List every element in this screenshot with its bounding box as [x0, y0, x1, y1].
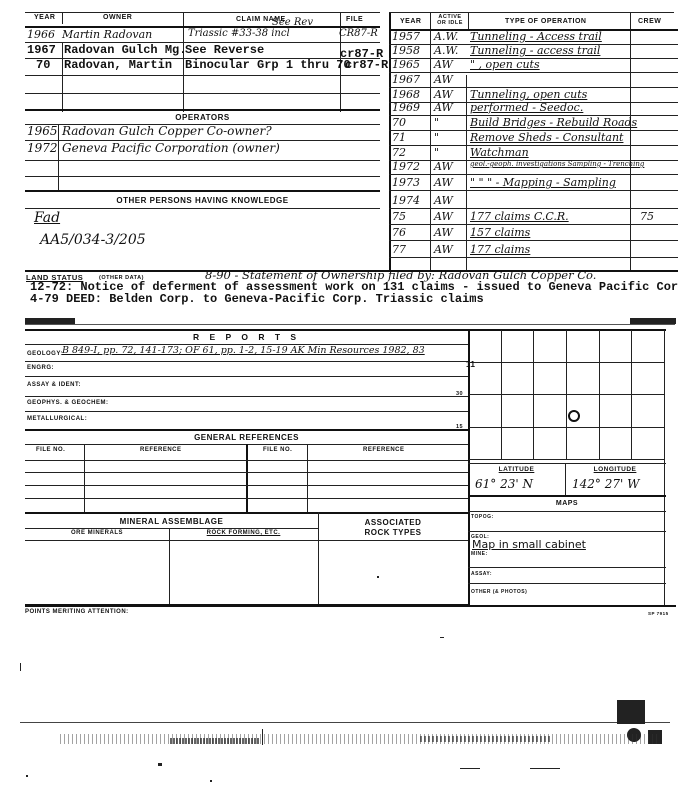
divider: [62, 12, 63, 24]
operation-row-status: ": [434, 131, 439, 144]
ref-header-reference: REFERENCE: [363, 447, 405, 453]
operation-row-year: 1965: [392, 58, 420, 71]
operator-row-year: 1965: [27, 124, 58, 138]
location-point-marker: [568, 410, 580, 422]
divider: [25, 190, 380, 192]
rock-forming-header: ROCK FORMING, ETC.: [169, 530, 318, 536]
divider: [25, 75, 380, 76]
divider: [389, 72, 678, 73]
grid-cell: [632, 395, 665, 428]
divider: [246, 444, 248, 514]
divider: [25, 93, 380, 94]
ref-header-file-no: FILE NO.: [263, 447, 292, 453]
grid-cell: [469, 428, 502, 461]
grid-cell: [632, 330, 665, 363]
owner-row-claim: Binocular Grp 1 thru 70: [185, 58, 351, 72]
report-label-assay: ASSAY & IDENT:: [27, 382, 81, 388]
operator-row-year: 1972: [27, 141, 58, 155]
ore-minerals-header: ORE MINERALS: [25, 530, 169, 536]
header-year: YEAR: [34, 14, 55, 21]
scan-artifact: [210, 780, 212, 782]
divider: [58, 124, 59, 191]
operation-row-status: AW: [434, 243, 453, 256]
divider: [25, 176, 380, 177]
grid-cell: [534, 395, 567, 428]
operation-row-type: Tunneling - access trail: [470, 44, 600, 57]
divider: [84, 444, 85, 514]
operation-row-type: 157 claims: [470, 226, 530, 239]
grid-mark-label: 11: [466, 360, 475, 369]
divider: [25, 429, 468, 431]
scan-artifact: [440, 637, 444, 638]
longitude-value: 142° 27' W: [572, 477, 639, 491]
grid-cell: [567, 428, 600, 461]
scan-artifact: [20, 663, 21, 671]
divider: [25, 160, 380, 161]
other-person-entry: AA5/034-3/205: [40, 232, 146, 248]
divider: [389, 174, 678, 175]
divider: [389, 12, 391, 270]
general-references-title: GENERAL REFERENCES: [25, 433, 468, 442]
grid-cell: [632, 428, 665, 461]
operation-row-year: 1957: [392, 30, 420, 43]
longitude-label: LONGITUDE: [566, 466, 664, 473]
operation-row-status: AW: [434, 194, 453, 207]
scan-artifact: [377, 576, 379, 578]
owner-row-owner: Radovan, Martin: [64, 58, 172, 72]
operation-row-status: AW: [434, 226, 453, 239]
operation-row-year: 72: [392, 146, 406, 159]
grid-cell: [469, 330, 502, 363]
divider: [389, 208, 678, 209]
map-value-geol: Map in small cabinet: [472, 538, 586, 551]
grid-cell: [502, 395, 535, 428]
operation-row-crew: 75: [640, 210, 654, 223]
owner-row-owner: Radovan Gulch Mg.: [64, 43, 186, 57]
divider: [389, 257, 678, 258]
divider: [20, 722, 670, 723]
map-label-topog: TOPOG:: [471, 514, 494, 520]
divider: [307, 444, 308, 514]
grid-cell: [502, 363, 535, 396]
operation-row-year: 1973: [392, 176, 420, 189]
ref-header-reference: REFERENCE: [140, 447, 182, 453]
grid-cell: [600, 395, 633, 428]
land-status-line: 4-79 DEED: Belden Corp. to Geneva-Pacifi…: [30, 292, 484, 306]
divider: [25, 396, 468, 397]
divider: [25, 411, 468, 412]
owner-row-file: CR87-R: [339, 28, 378, 39]
divider: [25, 605, 676, 607]
scan-artifact: [460, 768, 480, 769]
maps-title: MAPS: [468, 500, 666, 507]
map-label-mine: MINE:: [471, 551, 488, 557]
header-type-operation: TYPE OF OPERATION: [505, 18, 587, 25]
scan-artifact: [262, 729, 263, 745]
operation-row-type: Tunneling - Access trail: [470, 30, 602, 43]
operation-row-year: 1969: [392, 101, 420, 114]
owner-row-claim: Triassic #33-38 incl: [188, 28, 290, 39]
report-label-geology: GEOLOGY:: [27, 351, 63, 357]
report-label-engrg: ENGRG:: [27, 365, 54, 371]
operation-row-year: 71: [392, 131, 406, 144]
operation-row-type: performed - Seedoc.: [470, 101, 583, 114]
divider: [25, 208, 380, 209]
grid-cell: [600, 363, 633, 396]
divider: [430, 12, 431, 270]
scan-artifact: [26, 775, 28, 777]
operation-row-year: 1967: [392, 73, 420, 86]
operation-row-status: AW: [434, 176, 453, 189]
map-label-assay: ASSAY:: [471, 571, 492, 577]
grid-cell: [567, 330, 600, 363]
operation-row-type: Remove Sheds - Consultant: [470, 131, 623, 144]
divider: [25, 512, 468, 514]
other-person-entry: Fad: [34, 210, 60, 226]
divider: [25, 528, 318, 529]
divider: [25, 329, 468, 331]
operation-row-year: 1974: [392, 194, 420, 207]
reports-title: R E P O R T S: [25, 332, 468, 342]
divider: [468, 567, 666, 568]
divider: [389, 12, 674, 13]
operation-row-type: " " " - Mapping - Sampling: [470, 176, 616, 189]
divider: [169, 528, 170, 604]
scan-artifact: [60, 734, 660, 744]
operation-row-status: ": [434, 116, 439, 129]
divider: [468, 495, 666, 497]
form-number: SP 7915: [648, 611, 669, 616]
location-grid[interactable]: [469, 330, 665, 460]
header-active-idle: ACTIVE OR IDLE: [434, 14, 466, 26]
operation-row-type: geol.-geoph. investigations Sampling - T…: [470, 160, 644, 168]
other-persons-title: OTHER PERSONS HAVING KNOWLEDGE: [25, 196, 380, 205]
ref-header-file-no: FILE NO.: [36, 447, 65, 453]
operation-row-type: " , open cuts: [470, 58, 540, 71]
operation-row-status: A.W.: [434, 30, 458, 43]
divider: [468, 12, 469, 29]
operation-row-year: 77: [392, 243, 406, 256]
divider: [62, 42, 63, 112]
grid-cell: [567, 363, 600, 396]
operation-row-year: 75: [392, 210, 406, 223]
owner-row-file: cr87-R: [345, 58, 388, 72]
map-label-other: OTHER (& PHOTOS): [471, 589, 527, 595]
divider: [25, 361, 468, 362]
divider: [25, 12, 380, 13]
divider: [25, 540, 468, 541]
scan-artifact: [420, 736, 550, 742]
operation-row-status: AW: [434, 58, 453, 71]
report-label-geophys: GEOPHYS. & GEOCHEM:: [27, 400, 109, 406]
divider: [389, 190, 678, 191]
divider: [25, 498, 468, 499]
divider: [389, 145, 678, 146]
divider: [468, 531, 666, 532]
divider: [25, 460, 468, 461]
points-meriting-attention-label: POINTS MERITING ATTENTION:: [25, 609, 129, 615]
header-op-year: YEAR: [400, 18, 421, 25]
operation-row-year: 1968: [392, 88, 420, 101]
scan-artifact: [617, 700, 645, 724]
operation-row-status: AW: [434, 210, 453, 223]
owner-row-claim: See Reverse: [185, 43, 264, 57]
divider: [468, 583, 666, 584]
header-owner: OWNER: [103, 14, 132, 21]
owner-row-year: 1966: [27, 28, 55, 41]
grid-cell: [534, 330, 567, 363]
operation-row-type: Tunneling, open cuts: [470, 88, 587, 101]
grid-cell: [502, 330, 535, 363]
divider: [25, 472, 468, 473]
grid-cell: [502, 428, 535, 461]
divider: [25, 485, 468, 486]
operation-row-status: AW: [434, 101, 453, 114]
divider: [25, 376, 468, 377]
latitude-value: 61° 23' N: [475, 477, 533, 491]
operation-row-type: Watchman: [470, 146, 529, 159]
owner-row-year: 1967: [27, 43, 56, 57]
operation-row-year: 1972: [392, 160, 420, 173]
grid-cell: [632, 363, 665, 396]
associated-rock-types-title: ROCK TYPES: [318, 528, 468, 537]
grid-cell: [469, 395, 502, 428]
operator-row-name: Geneva Pacific Corporation (owner): [62, 141, 280, 155]
report-label-metallurgical: METALLURGICAL:: [27, 416, 87, 422]
report-value-geology: B 849-I, pp. 72, 141-173; OF 61, pp. 1-2…: [62, 345, 425, 356]
operation-row-status: ": [434, 146, 439, 159]
grid-cell: [600, 428, 633, 461]
operation-row-status: A.W.: [434, 44, 458, 57]
operators-title: OPERATORS: [25, 113, 380, 122]
scan-artifact: [158, 763, 162, 766]
scan-artifact: [530, 768, 560, 769]
operation-row-year: 1958: [392, 44, 420, 57]
grid-cell: [534, 363, 567, 396]
divider: [630, 12, 631, 270]
grid-cell: [600, 330, 633, 363]
owner-row-owner: Martin Radovan: [62, 28, 152, 41]
grid-cell: [534, 428, 567, 461]
operation-row-year: 70: [392, 116, 406, 129]
divider: [389, 240, 678, 241]
divider: [25, 109, 380, 111]
operator-row-name: Radovan Gulch Copper Co-owner?: [62, 124, 272, 138]
header-file: FILE: [346, 16, 363, 23]
operation-row-status: AW: [434, 160, 453, 173]
operation-row-type: 177 claims C.C.R.: [470, 210, 569, 223]
associated-rock-types-title: ASSOCIATED: [318, 518, 468, 527]
scan-artifact: [170, 738, 260, 744]
operation-row-type: 177 claims: [470, 243, 530, 256]
owner-row-year: 70: [36, 58, 50, 72]
divider: [468, 463, 666, 464]
latitude-label: LATITUDE: [468, 466, 565, 473]
operation-row-status: AW: [434, 88, 453, 101]
divider: [468, 511, 666, 512]
divider: [389, 224, 678, 225]
divider: [25, 324, 675, 325]
operation-row-status: AW: [434, 73, 453, 86]
mineral-assemblage-title: MINERAL ASSEMBLAGE: [25, 517, 318, 526]
operation-row-year: 76: [392, 226, 406, 239]
operation-row-type: Build Bridges - Rebuild Roads: [470, 116, 637, 129]
header-crew: CREW: [638, 18, 661, 25]
